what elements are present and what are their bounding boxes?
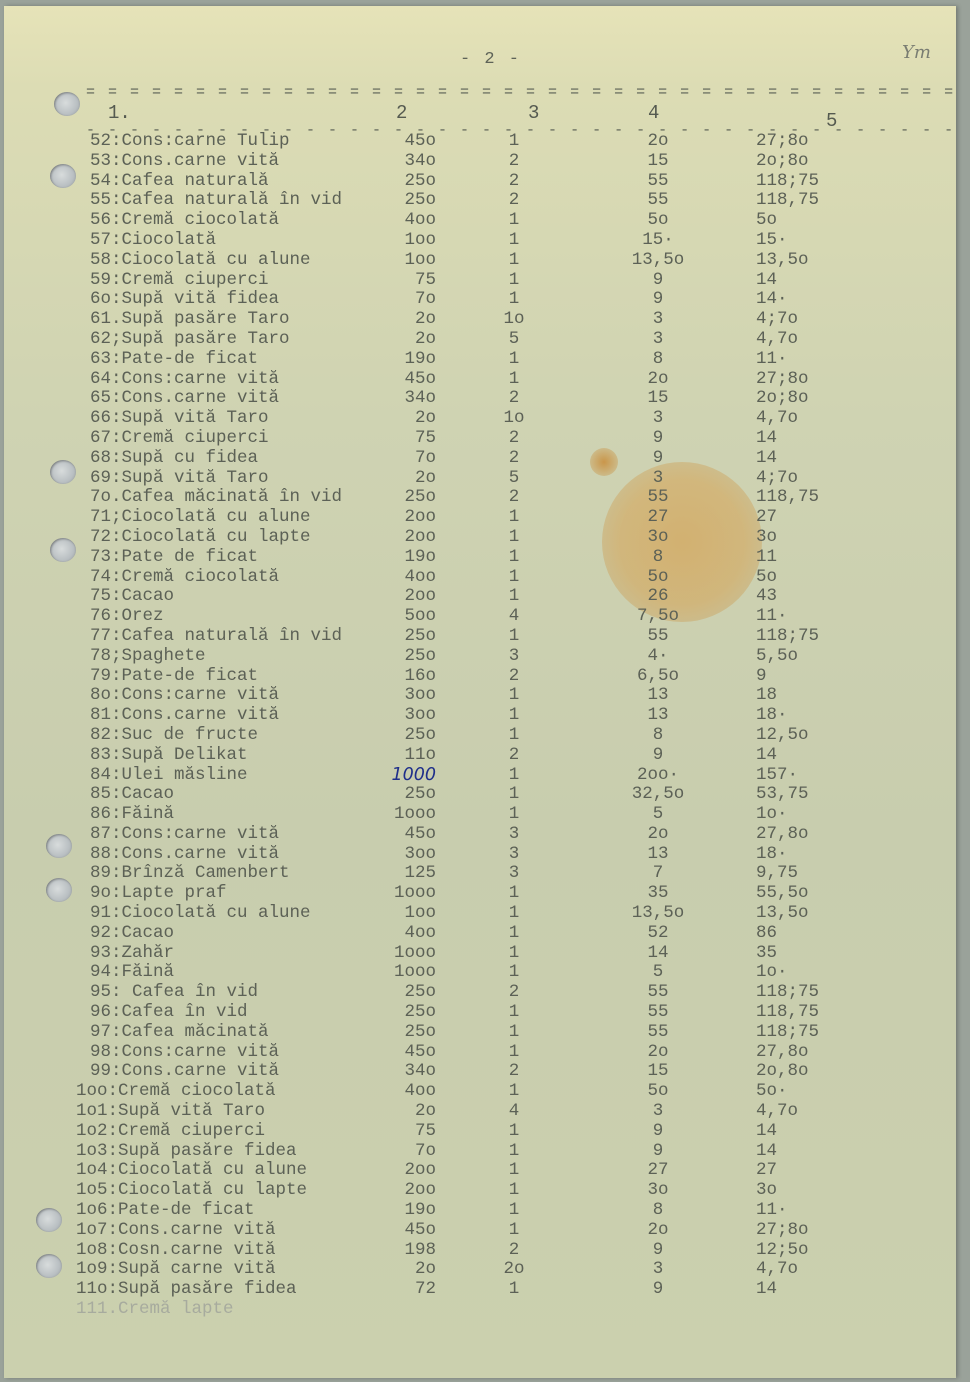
table-row: 98:Cons:carne vită45o12o27,8o — [4, 1043, 956, 1063]
item-name: 92:Cacao — [90, 924, 174, 944]
table-row: 1o8:Cosn.carne vită1982912;5o — [4, 1241, 956, 1261]
table-row: 75:Cacao2oo12643 — [4, 587, 956, 607]
item-unit-price: 9 — [620, 449, 696, 469]
item-count: 1 — [494, 528, 534, 548]
item-count: 2 — [494, 172, 534, 192]
item-total: 1o· — [756, 805, 846, 825]
item-count: 2 — [494, 667, 534, 687]
item-unit-price: 15 — [620, 389, 696, 409]
item-unit-price: 8 — [620, 548, 696, 568]
item-unit-price: 5 — [620, 805, 696, 825]
item-unit-price: 55 — [620, 627, 696, 647]
item-total: 5o — [756, 568, 846, 588]
item-unit-price: 3o — [620, 528, 696, 548]
item-quantity: 25o — [374, 785, 436, 805]
item-total: 43 — [756, 587, 846, 607]
item-unit-price: 13,5o — [620, 904, 696, 924]
item-name: 71;Ciocolată cu alune — [90, 508, 311, 528]
item-quantity: 2o — [374, 409, 436, 429]
item-name: 1o6:Pate-de ficat — [76, 1201, 255, 1221]
item-unit-price: 15 — [620, 152, 696, 172]
table-row: 97:Cafea măcinată25o155118;75 — [4, 1023, 956, 1043]
item-name: 1o4:Ciocolată cu alune — [76, 1161, 307, 1181]
item-name: 57:Ciocolată — [90, 231, 216, 251]
item-total: 118;75 — [756, 983, 846, 1003]
item-unit-price: 2o — [620, 1043, 696, 1063]
item-name: 6o:Supă vită fidea — [90, 290, 279, 310]
item-unit-price: 55 — [620, 1023, 696, 1043]
item-unit-price: 4· — [620, 647, 696, 667]
item-name: 83:Supă Delikat — [90, 746, 248, 766]
item-unit-price: 9 — [620, 1280, 696, 1300]
table-row: 79:Pate-de ficat16o26,5o9 — [4, 667, 956, 687]
item-name: 81:Cons.carne vită — [90, 706, 279, 726]
item-total: 9,75 — [756, 864, 846, 884]
item-name: 1o7:Cons.carne vită — [76, 1221, 276, 1241]
table-row: 64:Cons:carne vită45o12o27;8o — [4, 370, 956, 390]
item-name: 68:Supă cu fidea — [90, 449, 258, 469]
table-row: 81:Cons.carne vită3oo11318· — [4, 706, 956, 726]
item-unit-price: 13 — [620, 686, 696, 706]
item-name: 88:Cons.carne vită — [90, 845, 279, 865]
table-row: 7o.Cafea măcinată în vid25o255118,75 — [4, 488, 956, 508]
table-row: 1o3:Supă pasăre fidea7o1914 — [4, 1142, 956, 1162]
item-count: 2o — [494, 1260, 534, 1280]
table-row: 86:Făină1ooo151o· — [4, 805, 956, 825]
item-name: 91:Ciocolată cu alune — [90, 904, 311, 924]
item-total: 27,8o — [756, 1043, 846, 1063]
handwritten-note: Ym — [902, 42, 931, 63]
item-count: 1 — [494, 132, 534, 152]
item-name: 98:Cons:carne vită — [90, 1043, 279, 1063]
item-unit-price: 9 — [620, 746, 696, 766]
item-count: 2 — [494, 389, 534, 409]
item-quantity: 2oo — [374, 1161, 436, 1181]
table-row: 73:Pate de ficat19o1811 — [4, 548, 956, 568]
item-name: 9o:Lapte praf — [90, 884, 227, 904]
column-header-4: 4 — [648, 102, 659, 124]
item-unit-price: 2o — [620, 1221, 696, 1241]
item-name: 55:Cafea naturală în vid — [90, 191, 342, 211]
item-quantity: 3oo — [374, 845, 436, 865]
item-quantity: 1ooo — [374, 884, 436, 904]
item-count: 4 — [494, 607, 534, 627]
table-row: 8o:Cons:carne vită3oo11318 — [4, 686, 956, 706]
item-name: 75:Cacao — [90, 587, 174, 607]
item-count: 1 — [494, 1221, 534, 1241]
item-count: 1 — [494, 587, 534, 607]
table-row: 89:Brînză Camenbert125379,75 — [4, 864, 956, 884]
item-unit-price: 5o — [620, 211, 696, 231]
item-total: 15· — [756, 231, 846, 251]
item-count: 1 — [494, 1201, 534, 1221]
item-total: 3o — [756, 1181, 846, 1201]
item-quantity: 2oo — [374, 528, 436, 548]
item-count: 1 — [494, 1023, 534, 1043]
item-quantity: 34o — [374, 389, 436, 409]
item-quantity: 16o — [374, 667, 436, 687]
item-total: 27 — [756, 1161, 846, 1181]
item-count: 1 — [494, 1142, 534, 1162]
item-name: 73:Pate de ficat — [90, 548, 258, 568]
item-name: 86:Făină — [90, 805, 174, 825]
item-unit-price: 26 — [620, 587, 696, 607]
item-total: 11· — [756, 1201, 846, 1221]
table-row: 9o:Lapte praf1ooo13555,5o — [4, 884, 956, 904]
item-count: 1 — [494, 924, 534, 944]
item-unit-price: 9 — [620, 271, 696, 291]
table-row: 96:Cafea în vid25o155118,75 — [4, 1003, 956, 1023]
item-unit-price: 6,5o — [620, 667, 696, 687]
item-quantity: 11o — [374, 746, 436, 766]
item-quantity: 25o — [374, 172, 436, 192]
column-header-2: 2 — [396, 102, 407, 124]
item-unit-price: 9 — [620, 1241, 696, 1261]
item-unit-price: 13,5o — [620, 251, 696, 271]
item-count: 1 — [494, 251, 534, 271]
item-total: 118;75 — [756, 627, 846, 647]
item-total: 86 — [756, 924, 846, 944]
item-total: 27;8o — [756, 370, 846, 390]
item-unit-price: 9 — [620, 429, 696, 449]
item-unit-price: 35 — [620, 884, 696, 904]
item-unit-price: 55 — [620, 1003, 696, 1023]
item-count: 1 — [494, 1082, 534, 1102]
table-row: 76:Orez5oo47,5o11· — [4, 607, 956, 627]
item-count: 2 — [494, 983, 534, 1003]
table-row: 99:Cons.carne vită34o2152o,8o — [4, 1062, 956, 1082]
item-total: 13,5o — [756, 251, 846, 271]
item-quantity: 2o — [374, 1102, 436, 1122]
item-total: 2o,8o — [756, 1062, 846, 1082]
item-unit-price: 8 — [620, 726, 696, 746]
double-rule-divider: = = = = = = = = = = = = = = = = = = = = … — [86, 88, 956, 98]
item-quantity: 2o — [374, 1260, 436, 1280]
item-count: 1 — [494, 548, 534, 568]
item-quantity: 1oo — [374, 231, 436, 251]
table-row: 63:Pate-de ficat19o1811· — [4, 350, 956, 370]
item-unit-price: 27 — [620, 508, 696, 528]
item-unit-price: 9 — [620, 1142, 696, 1162]
table-row: 1o6:Pate-de ficat19o1811· — [4, 1201, 956, 1221]
table-row: 72:Ciocolată cu lapte2oo13o3o — [4, 528, 956, 548]
item-quantity: 25o — [374, 1023, 436, 1043]
item-count: 3 — [494, 845, 534, 865]
item-name: 78;Spaghete — [90, 647, 206, 667]
table-row: 11o:Supă pasăre fidea721914 — [4, 1280, 956, 1300]
item-total: 55,5o — [756, 884, 846, 904]
item-name: 87:Cons:carne vită — [90, 825, 279, 845]
item-name: 66:Supă vită Taro — [90, 409, 269, 429]
item-quantity: 45o — [374, 132, 436, 152]
item-count: 1 — [494, 211, 534, 231]
item-total: 1o· — [756, 963, 846, 983]
item-name: 64:Cons:carne vită — [90, 370, 279, 390]
item-count: 2 — [494, 429, 534, 449]
table-row: 71;Ciocolată cu alune2oo12727 — [4, 508, 956, 528]
table-row: 1o5:Ciocolată cu lapte2oo13o3o — [4, 1181, 956, 1201]
table-row: 1o2:Cremă ciuperci751914 — [4, 1122, 956, 1142]
column-header-1: 1. — [108, 102, 131, 124]
item-name: 11o:Supă pasăre fidea — [76, 1280, 297, 1300]
item-name: 99:Cons.carne vită — [90, 1062, 279, 1082]
item-total: 4;7o — [756, 310, 846, 330]
item-unit-price: 3 — [620, 469, 696, 489]
table-row: 82:Suc de fructe25o1812,5o — [4, 726, 956, 746]
table-row: 59:Cremă ciuperci751914 — [4, 271, 956, 291]
item-total: 14 — [756, 1122, 846, 1142]
typed-document-page: - 2 - Ym = = = = = = = = = = = = = = = =… — [4, 6, 956, 1378]
item-name: 94:Făină — [90, 963, 174, 983]
item-unit-price: 15 — [620, 1062, 696, 1082]
item-quantity: 25o — [374, 1003, 436, 1023]
item-total: 2o;8o — [756, 152, 846, 172]
table-row: 93:Zahăr1ooo11435 — [4, 944, 956, 964]
item-quantity: 75 — [374, 1122, 436, 1142]
item-unit-price: 55 — [620, 488, 696, 508]
item-count: 1 — [494, 706, 534, 726]
item-unit-price: 3 — [620, 1260, 696, 1280]
item-total: 12;5o — [756, 1241, 846, 1261]
item-name: 69:Supă vită Taro — [90, 469, 269, 489]
item-quantity: 198 — [374, 1241, 436, 1261]
inventory-table: 52:Cons:carne Tulip45o12o27;8o53:Cons.ca… — [4, 132, 956, 1320]
item-count: 1 — [494, 766, 534, 786]
table-row: 111.Cremă lapte — [4, 1300, 956, 1320]
item-unit-price: 13 — [620, 845, 696, 865]
item-quantity: 7o — [374, 1142, 436, 1162]
table-row: 91:Ciocolată cu alune1oo113,5o13,5o — [4, 904, 956, 924]
item-count: 1 — [494, 944, 534, 964]
table-row: 78;Spaghete25o34·5,5o — [4, 647, 956, 667]
item-count: 1 — [494, 231, 534, 251]
item-unit-price: 9 — [620, 1122, 696, 1142]
item-name: 1oo:Cremă ciocolată — [76, 1082, 276, 1102]
item-quantity: 45o — [374, 1043, 436, 1063]
item-unit-price: 2o — [620, 132, 696, 152]
item-total: 27;8o — [756, 1221, 846, 1241]
item-total: 157· — [756, 766, 846, 786]
item-unit-price: 7,5o — [620, 607, 696, 627]
item-unit-price: 5o — [620, 1082, 696, 1102]
item-quantity: 1oo — [374, 251, 436, 271]
table-row: 68:Supă cu fidea7o2914 — [4, 449, 956, 469]
item-count: 1 — [494, 271, 534, 291]
item-total: 18· — [756, 706, 846, 726]
table-row: 94:Făină1ooo151o· — [4, 963, 956, 983]
item-count: 1 — [494, 350, 534, 370]
item-name: 77:Cafea naturală în vid — [90, 627, 342, 647]
item-unit-price: 3o — [620, 1181, 696, 1201]
table-row: 1o1:Supă vită Taro2o434,7o — [4, 1102, 956, 1122]
item-name: 111.Cremă lapte — [76, 1300, 234, 1320]
item-unit-price: 3 — [620, 409, 696, 429]
punch-hole — [54, 92, 80, 116]
item-name: 1o3:Supă pasăre fidea — [76, 1142, 297, 1162]
table-row: 95: Cafea în vid25o255118;75 — [4, 983, 956, 1003]
item-total: 27 — [756, 508, 846, 528]
item-name: 96:Cafea în vid — [90, 1003, 248, 1023]
item-quantity: 75 — [374, 429, 436, 449]
table-row: 65:Cons.carne vită34o2152o;8o — [4, 389, 956, 409]
item-count: 5 — [494, 469, 534, 489]
item-count: 3 — [494, 825, 534, 845]
item-unit-price: 2oo· — [620, 766, 696, 786]
table-row: 69:Supă vită Taro2o534;7o — [4, 469, 956, 489]
item-quantity: 3oo — [374, 706, 436, 726]
item-count: 1 — [494, 508, 534, 528]
item-total: 11· — [756, 607, 846, 627]
item-quantity: 19o — [374, 1201, 436, 1221]
item-count: 1 — [494, 686, 534, 706]
item-quantity: 34o — [374, 1062, 436, 1082]
item-name: 82:Suc de fructe — [90, 726, 258, 746]
item-name: 7o.Cafea măcinată în vid — [90, 488, 342, 508]
page-number: - 2 - — [460, 50, 521, 69]
item-name: 59:Cremă ciuperci — [90, 271, 269, 291]
item-unit-price: 27 — [620, 1161, 696, 1181]
item-name: 79:Pate-de ficat — [90, 667, 258, 687]
table-row: 1o9:Supă carne vită2o2o34,7o — [4, 1260, 956, 1280]
item-quantity: 5oo — [374, 607, 436, 627]
item-unit-price: 55 — [620, 191, 696, 211]
item-count: 1 — [494, 1122, 534, 1142]
item-name: 8o:Cons:carne vită — [90, 686, 279, 706]
item-total: 14 — [756, 1142, 846, 1162]
item-count: 1 — [494, 1161, 534, 1181]
item-quantity: 75 — [374, 271, 436, 291]
table-row: 88:Cons.carne vită3oo31318· — [4, 845, 956, 865]
item-quantity: 19o — [374, 350, 436, 370]
item-quantity: 2oo — [374, 587, 436, 607]
item-quantity: 4oo — [374, 1082, 436, 1102]
item-quantity: 4oo — [374, 568, 436, 588]
item-unit-price: 15· — [620, 231, 696, 251]
item-quantity: 7o — [374, 449, 436, 469]
table-row: 77:Cafea naturală în vid25o155118;75 — [4, 627, 956, 647]
item-unit-price: 2o — [620, 370, 696, 390]
table-row: 1o4:Ciocolată cu alune2oo12727 — [4, 1161, 956, 1181]
item-total: 3o — [756, 528, 846, 548]
item-name: 93:Zahăr — [90, 944, 174, 964]
item-total: 5o — [756, 211, 846, 231]
item-count: 1 — [494, 884, 534, 904]
item-count: 1 — [494, 785, 534, 805]
item-name: 74:Cremă ciocolată — [90, 568, 279, 588]
item-total: 18 — [756, 686, 846, 706]
item-count: 1 — [494, 726, 534, 746]
item-name: 84:Ulei măsline — [90, 766, 248, 786]
item-total: 118,75 — [756, 1003, 846, 1023]
item-name: 1o1:Supă vită Taro — [76, 1102, 265, 1122]
item-total: 4,7o — [756, 330, 846, 350]
item-quantity: 19o — [374, 548, 436, 568]
item-unit-price: 5 — [620, 963, 696, 983]
column-header-3: 3 — [528, 102, 539, 124]
item-count: 2 — [494, 152, 534, 172]
item-count: 2 — [494, 449, 534, 469]
table-row: 58:Ciocolată cu alune1oo113,5o13,5o — [4, 251, 956, 271]
item-unit-price: 8 — [620, 1201, 696, 1221]
item-quantity: 2oo — [374, 1181, 436, 1201]
table-row: 67:Cremă ciuperci752914 — [4, 429, 956, 449]
table-row: 56:Cremă ciocolată4oo15o5o — [4, 211, 956, 231]
table-row: 52:Cons:carne Tulip45o12o27;8o — [4, 132, 956, 152]
item-total: 27,8o — [756, 825, 846, 845]
item-total: 11 — [756, 548, 846, 568]
item-name: 1o8:Cosn.carne vită — [76, 1241, 276, 1261]
item-count: 1 — [494, 370, 534, 390]
item-quantity: 7o — [374, 290, 436, 310]
item-unit-price: 3 — [620, 310, 696, 330]
item-count: 1 — [494, 1043, 534, 1063]
item-count: 5 — [494, 330, 534, 350]
item-quantity: 2oo — [374, 508, 436, 528]
item-total: 118,75 — [756, 191, 846, 211]
item-quantity: 25o — [374, 488, 436, 508]
item-unit-price: 13 — [620, 706, 696, 726]
item-count: 1 — [494, 290, 534, 310]
item-quantity: 4oo — [374, 211, 436, 231]
item-total: 35 — [756, 944, 846, 964]
item-unit-price: 8 — [620, 350, 696, 370]
item-name: 1o9:Supă carne vită — [76, 1260, 276, 1280]
table-row: 1oo:Cremă ciocolată4oo15o5o· — [4, 1082, 956, 1102]
item-count: 2 — [494, 1241, 534, 1261]
item-total: 4;7o — [756, 469, 846, 489]
item-count: 2 — [494, 191, 534, 211]
item-total: 5,5o — [756, 647, 846, 667]
item-name: 76:Orez — [90, 607, 164, 627]
item-quantity: 2o — [374, 469, 436, 489]
item-count: 1 — [494, 627, 534, 647]
table-row: 54:Cafea naturală25o255118;75 — [4, 172, 956, 192]
item-name: 95: Cafea în vid — [90, 983, 258, 1003]
table-row: 83:Supă Delikat11o2914 — [4, 746, 956, 766]
item-quantity: 1ooo — [374, 944, 436, 964]
item-name: 61.Supă pasăre Taro — [90, 310, 290, 330]
item-count: 3 — [494, 864, 534, 884]
item-quantity: 25o — [374, 726, 436, 746]
item-total: 14 — [756, 746, 846, 766]
item-count: 1 — [494, 568, 534, 588]
item-total: 5o· — [756, 1082, 846, 1102]
table-row: 53:Cons.carne vită34o2152o;8o — [4, 152, 956, 172]
item-quantity: 2o — [374, 310, 436, 330]
item-total: 14 — [756, 449, 846, 469]
item-unit-price: 52 — [620, 924, 696, 944]
item-total: 118;75 — [756, 172, 846, 192]
item-name: 85:Cacao — [90, 785, 174, 805]
item-unit-price: 9 — [620, 290, 696, 310]
item-unit-price: 3 — [620, 1102, 696, 1122]
item-total: 9 — [756, 667, 846, 687]
item-quantity: 25o — [374, 191, 436, 211]
item-unit-price: 3 — [620, 330, 696, 350]
table-row: 61.Supă pasăre Taro2o1o34;7o — [4, 310, 956, 330]
item-total: 4,7o — [756, 1260, 846, 1280]
table-row: 6o:Supă vită fidea7o1914· — [4, 290, 956, 310]
table-row: 74:Cremă ciocolată4oo15o5o — [4, 568, 956, 588]
item-unit-price: 5o — [620, 568, 696, 588]
item-count: 1 — [494, 805, 534, 825]
table-row: 66:Supă vită Taro2o1o34,7o — [4, 409, 956, 429]
item-quantity: 25o — [374, 983, 436, 1003]
item-count: 4 — [494, 1102, 534, 1122]
item-quantity: 1oo — [374, 904, 436, 924]
item-name: 54:Cafea naturală — [90, 172, 269, 192]
item-total: 4,7o — [756, 409, 846, 429]
